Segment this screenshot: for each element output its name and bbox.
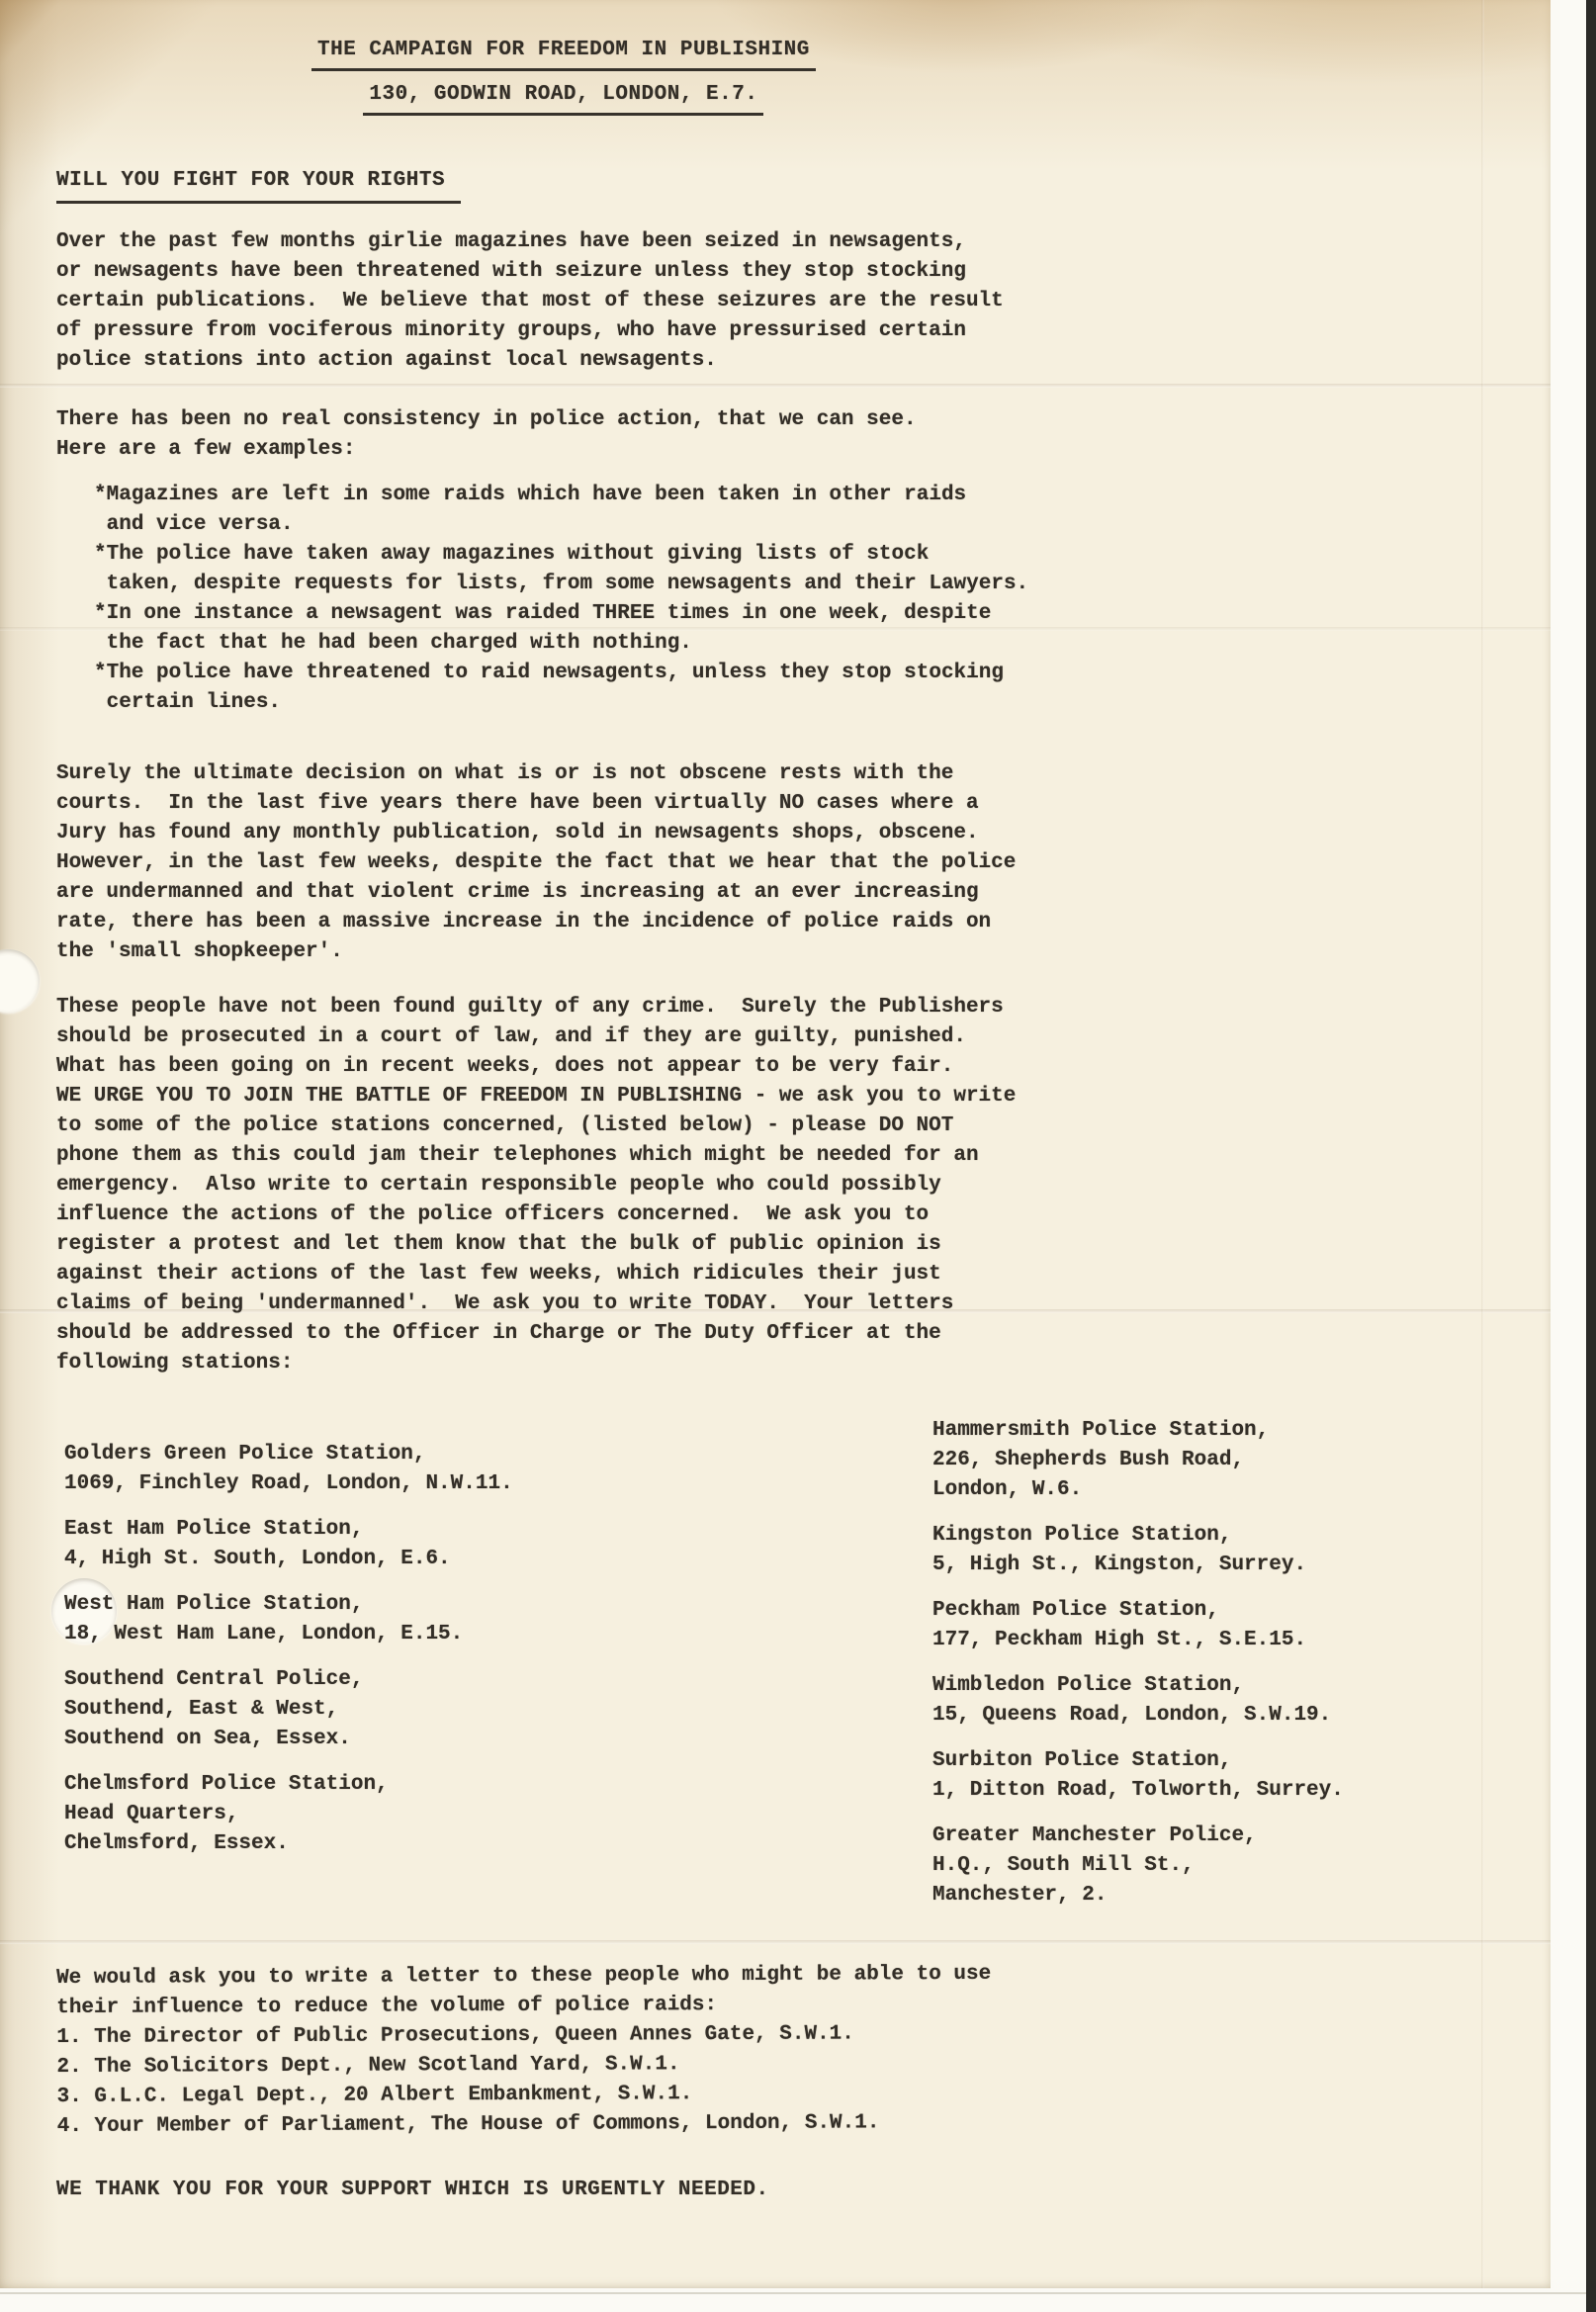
organisation-address: 130, GODWIN ROAD, LONDON, E.7.: [363, 80, 763, 116]
station-item: Surbiton Police Station, 1, Ditton Road,…: [932, 1746, 1521, 1806]
influence-intro: We would ask you to write a letter to th…: [56, 1958, 1521, 2023]
example-item: *Magazines are left in some raids which …: [94, 481, 1521, 540]
influence-item: 4. Your Member of Parliament, The House …: [57, 2106, 1522, 2142]
example-item: *The police have threatened to raid news…: [94, 659, 1521, 718]
examples-list: *Magazines are left in some raids which …: [56, 481, 1521, 718]
station-item: Chelmsford Police Station, Head Quarters…: [64, 1770, 932, 1859]
station-item: Hammersmith Police Station, 226, Shepher…: [932, 1416, 1521, 1505]
document-page: THE CAMPAIGN FOR FREEDOM IN PUBLISHING 1…: [0, 0, 1551, 2288]
paragraph-seizures: Over the past few months girlie magazine…: [56, 227, 1521, 376]
station-item: West Ham Police Station, 18, West Ham La…: [64, 1590, 932, 1649]
paragraph-consistency: There has been no real consistency in po…: [56, 405, 1521, 465]
station-item: Kingston Police Station, 5, High St., Ki…: [932, 1521, 1521, 1580]
station-item: Wimbledon Police Station, 15, Queens Roa…: [932, 1671, 1521, 1731]
example-item: *The police have taken away magazines wi…: [94, 540, 1521, 599]
organisation-name: THE CAMPAIGN FOR FREEDOM IN PUBLISHING: [311, 36, 816, 71]
stations-left-column: Golders Green Police Station, 1069, Finc…: [56, 1416, 932, 1926]
station-item: Peckham Police Station, 177, Peckham Hig…: [932, 1596, 1521, 1655]
scanned-document-canvas: THE CAMPAIGN FOR FREEDOM IN PUBLISHING 1…: [0, 0, 1596, 2312]
letterhead: THE CAMPAIGN FOR FREEDOM IN PUBLISHING 1…: [311, 36, 816, 125]
police-stations-columns: Golders Green Police Station, 1069, Finc…: [56, 1416, 1521, 1926]
example-item: *In one instance a newsagent was raided …: [94, 599, 1521, 659]
paragraph-urge-to-write: These people have not been found guilty …: [56, 993, 1521, 1378]
document-title: WILL YOU FIGHT FOR YOUR RIGHTS: [56, 166, 461, 204]
station-item: East Ham Police Station, 4, High St. Sou…: [64, 1515, 932, 1574]
closing-statement: WE THANK YOU FOR YOUR SUPPORT WHICH IS U…: [56, 2176, 1521, 2205]
stations-right-column: Hammersmith Police Station, 226, Shepher…: [932, 1416, 1521, 1926]
influence-section: We would ask you to write a letter to th…: [56, 1958, 1522, 2142]
station-item: Golders Green Police Station, 1069, Finc…: [64, 1440, 932, 1499]
station-item: Southend Central Police, Southend, East …: [64, 1665, 932, 1754]
typed-content: THE CAMPAIGN FOR FREEDOM IN PUBLISHING 1…: [0, 0, 1551, 2205]
scan-bottom-edge-line: [0, 2292, 1586, 2294]
station-item: Greater Manchester Police, H.Q., South M…: [932, 1822, 1521, 1911]
paragraph-courts: Surely the ultimate decision on what is …: [56, 759, 1521, 967]
